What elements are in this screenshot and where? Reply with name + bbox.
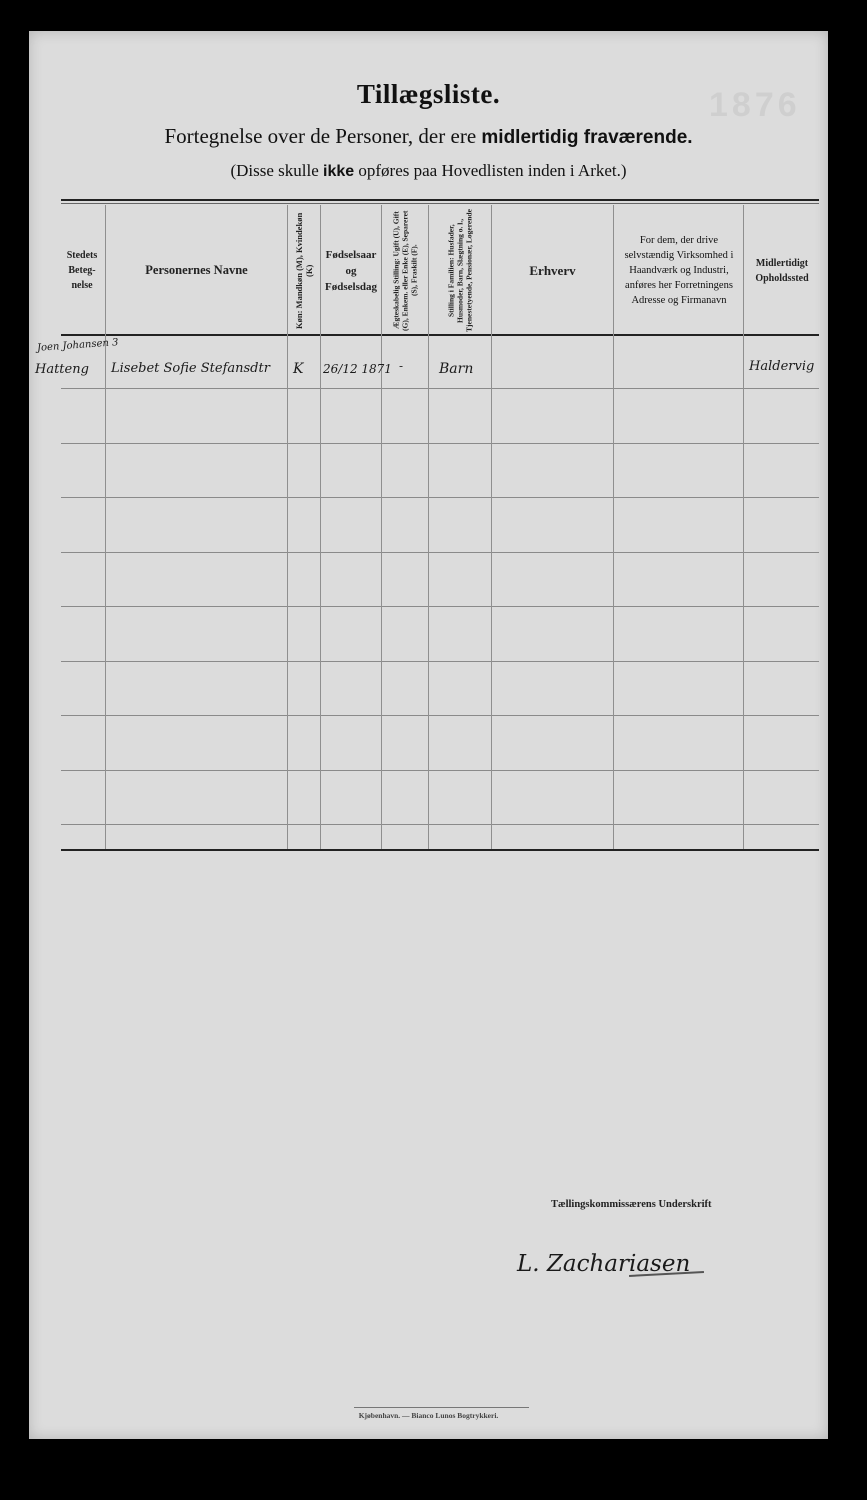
printer-imprint: Kjøbenhavn. — Bianco Lunos Bogtrykkeri. — [29, 1411, 828, 1420]
row-divider — [61, 443, 819, 444]
form-subtitle: Fortegnelse over de Personer, der ere mi… — [29, 124, 828, 149]
header-kjon: Køn: Mandkøn (M), Kvindekøn (K) — [288, 207, 320, 334]
cell-familie: Barn — [439, 361, 473, 377]
table-top-rule-thin — [61, 203, 819, 204]
header-familie: Stilling i Familien: Husfader, Husmoder,… — [429, 207, 491, 334]
absentee-table: Stedets Beteg- nelse Personernes Navne K… — [61, 199, 819, 851]
note-emphasis: ikke — [323, 163, 354, 180]
note-prefix: (Disse skulle — [230, 161, 323, 180]
column-divider — [613, 205, 614, 849]
row-divider — [61, 497, 819, 498]
header-aegteskab: Ægteskabelig Stilling: Ugift (U), Gift (… — [382, 207, 428, 334]
row-divider — [61, 388, 819, 389]
census-form-page: 1876 Tillægsliste. Fortegnelse over de P… — [29, 31, 828, 1439]
note-suffix: opføres paa Hovedlisten inden i Arket.) — [354, 161, 626, 180]
signature-label: Tællingskommissærens Underskrift — [551, 1199, 712, 1210]
header-firma: For dem, der drive selvstændig Virksomhe… — [619, 207, 739, 334]
cell-fodsel: 26/12 1871 — [323, 362, 392, 376]
header-erhverv: Erhverv — [492, 207, 613, 334]
cell-sted-line2: Hatteng — [35, 362, 89, 377]
row-divider — [61, 715, 819, 716]
table-bottom-rule — [61, 849, 819, 851]
header-fodsel: Fødselsaar og Fødselsdag — [321, 207, 381, 334]
cell-navn: Lisebet Sofie Stefansdtr — [111, 361, 270, 376]
form-note: (Disse skulle ikke opføres paa Hovedlist… — [29, 161, 828, 181]
cell-kjon: K — [293, 361, 303, 377]
form-title: Tillægsliste. — [29, 79, 828, 110]
header-navn: Personernes Navne — [106, 207, 287, 334]
row-divider — [61, 552, 819, 553]
printer-rule — [354, 1407, 529, 1408]
row-divider — [61, 824, 819, 825]
cell-aegteskab: - — [399, 359, 403, 373]
cell-sted-line1: Joen Johansen 3 — [37, 337, 119, 354]
cell-opholdssted: Haldervig — [749, 359, 814, 374]
row-divider — [61, 661, 819, 662]
subtitle-emphasis: midlertidig fraværende. — [481, 127, 692, 148]
row-divider — [61, 770, 819, 771]
row-divider — [61, 606, 819, 607]
table-top-rule — [61, 199, 819, 201]
subtitle-text: Fortegnelse over de Personer, der ere — [164, 124, 481, 148]
header-sted: Stedets Beteg- nelse — [59, 207, 105, 334]
header-opholdssted: Midlertidigt Opholdssted — [744, 207, 820, 334]
header-bottom-rule — [61, 334, 819, 336]
